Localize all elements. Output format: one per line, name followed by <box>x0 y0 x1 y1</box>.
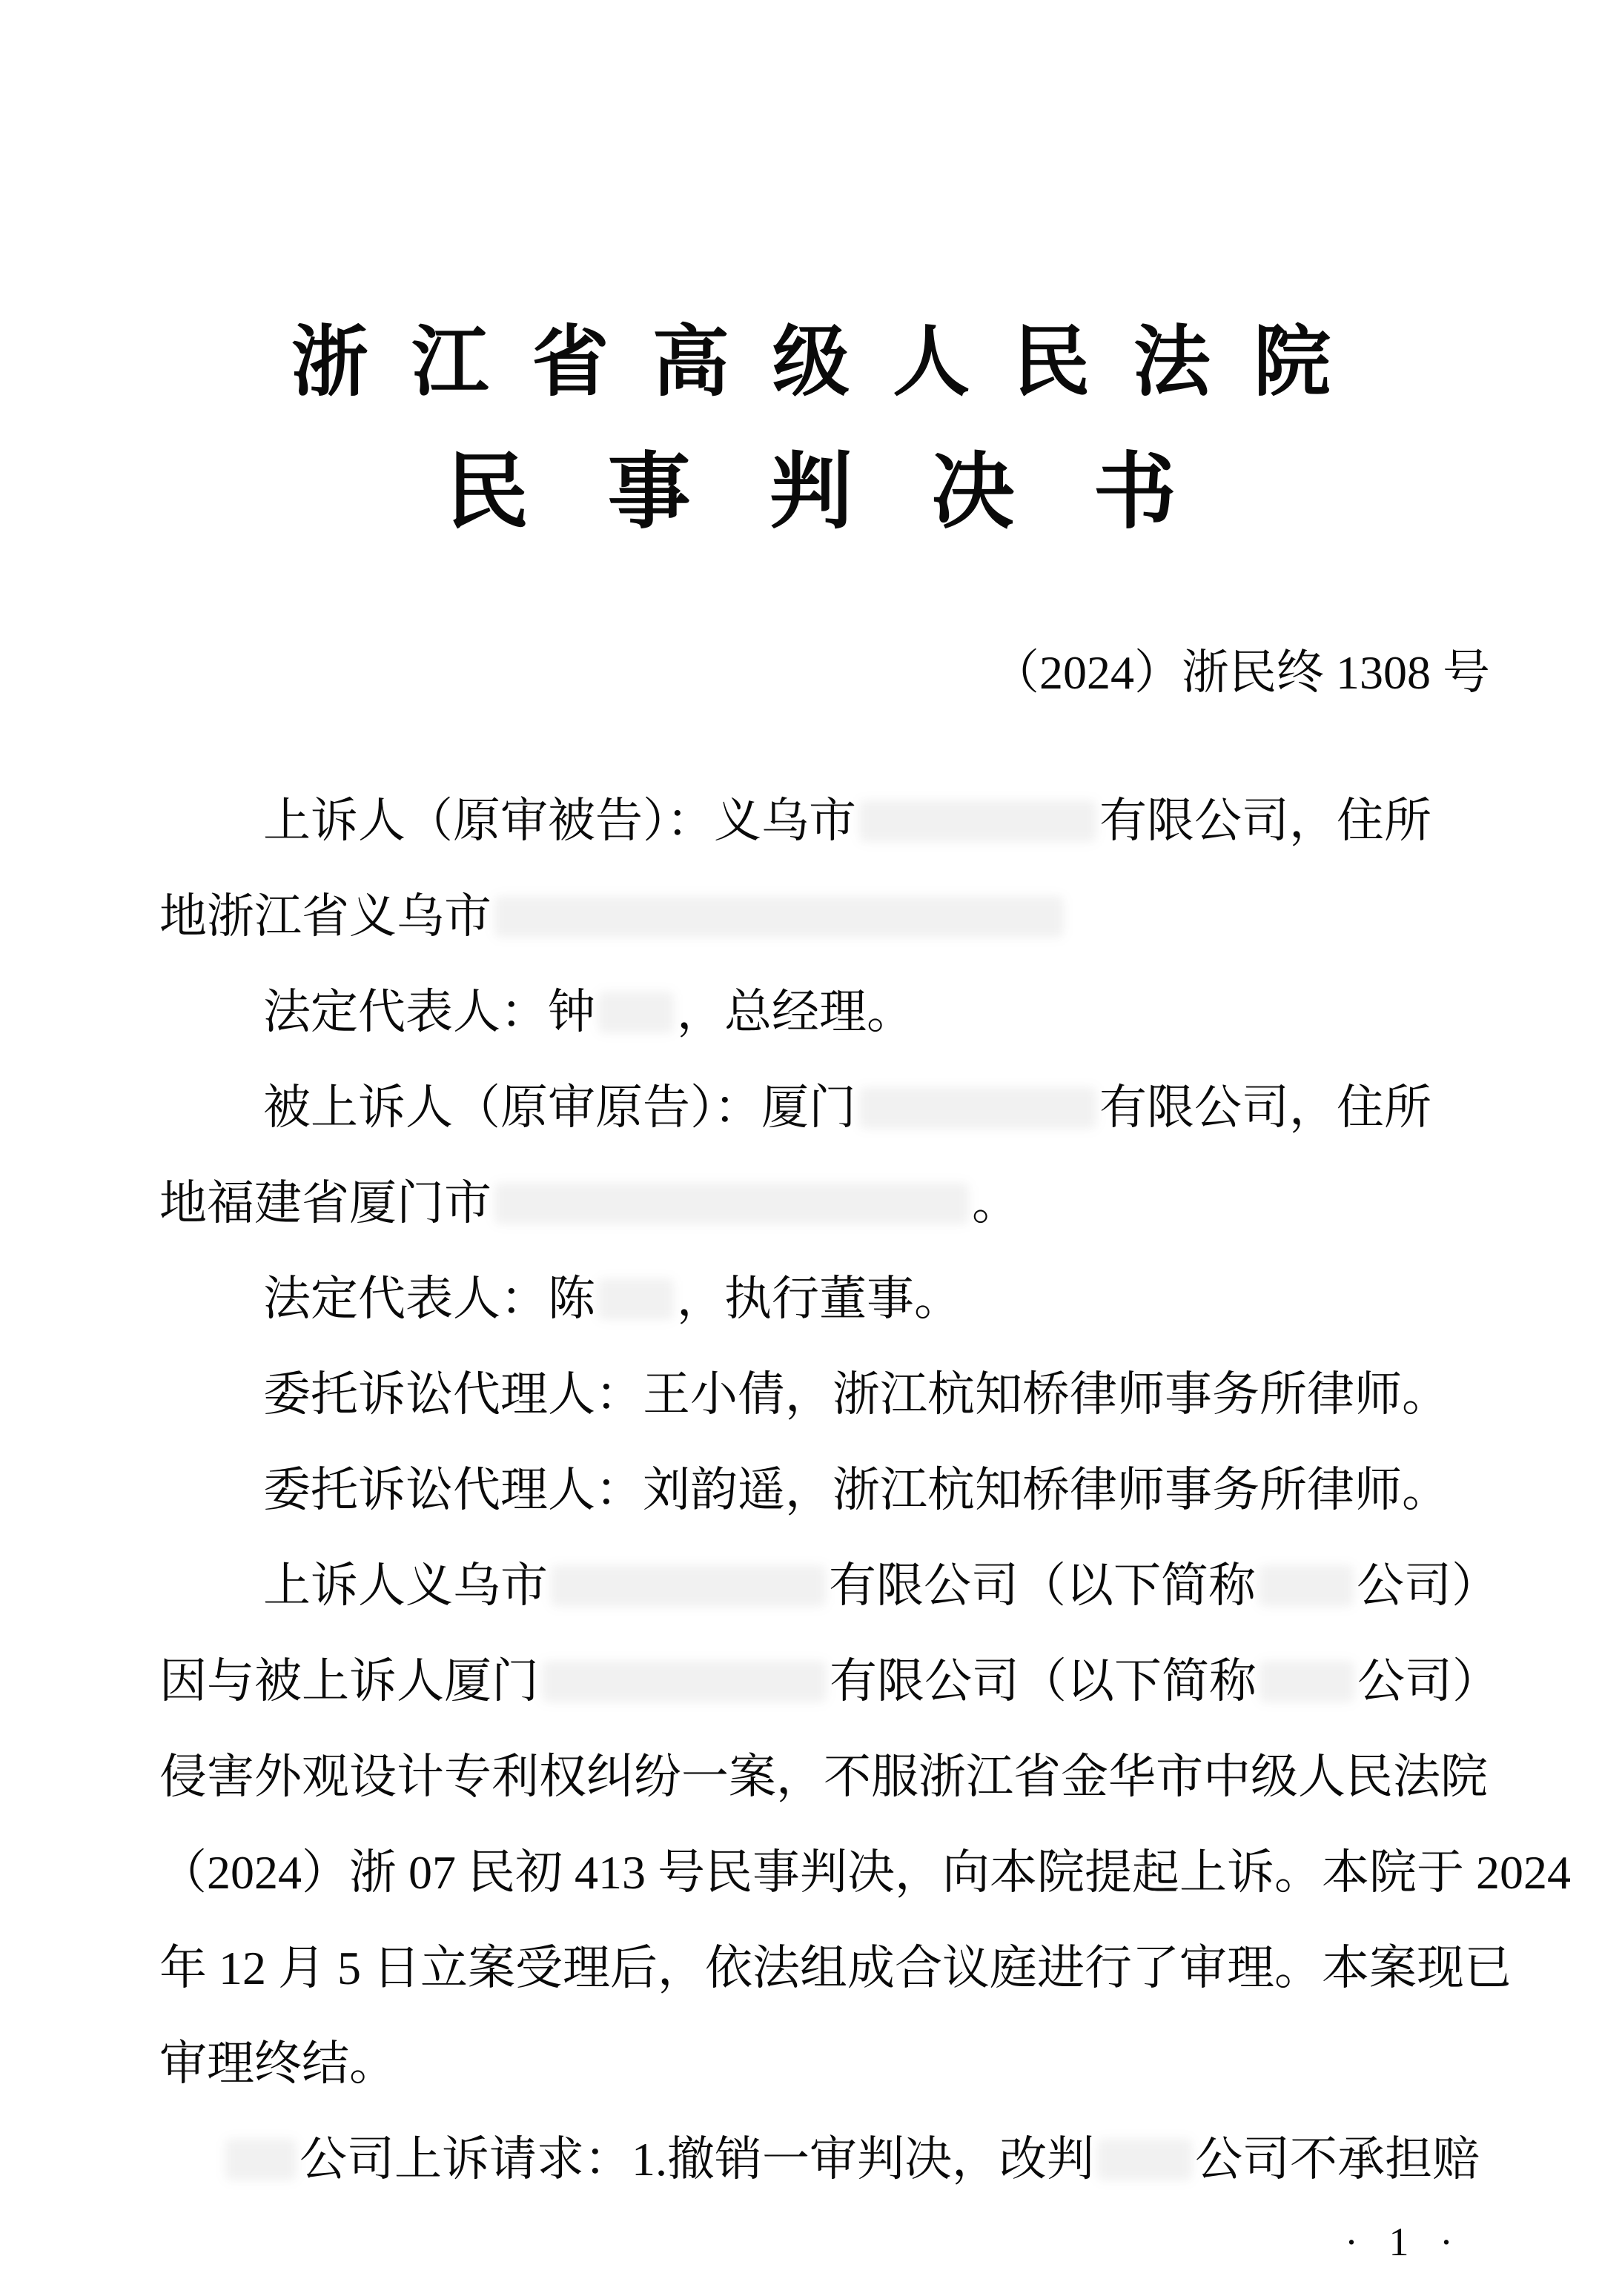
body-line: 委托诉讼代理人：王小倩，浙江杭知桥律师事务所律师。 <box>159 1347 1501 1442</box>
body-line: 被上诉人（原审原告）：厦门有限公司，住所 <box>159 1060 1501 1155</box>
body-text-segment: 有限公司，住所 <box>1099 1081 1431 1134</box>
body-text-segment: 因与被上诉人厦门 <box>159 1655 539 1708</box>
body-text-segment: 上诉人（原审被告）：义乌市 <box>263 794 856 847</box>
body-line: 因与被上诉人厦门有限公司（以下简称公司） <box>159 1633 1501 1729</box>
body-line: 上诉人（原审被告）：义乌市有限公司，住所 <box>159 773 1501 869</box>
body-text-segment: 被上诉人（原审原告）：厦门 <box>263 1081 856 1134</box>
body-line: 法定代表人：陈，执行董事。 <box>159 1251 1501 1347</box>
redacted-text <box>494 896 1064 938</box>
body-text-segment: 委托诉讼代理人：王小倩，浙江杭知桥律师事务所律师。 <box>263 1368 1449 1421</box>
body-line: 审理终结。 <box>159 2016 1501 2111</box>
body-text-segment: 地福建省厦门市 <box>159 1177 491 1230</box>
redacted-text <box>542 1661 827 1702</box>
body-text-segment: （2024）浙 07 民初 413 号民事判决，向本院提起上诉。本院于 2024 <box>159 1846 1571 1899</box>
redacted-text <box>1259 1661 1354 1702</box>
redacted-text <box>494 1183 969 1224</box>
body-text-segment: 公司不承担赔 <box>1195 2133 1480 2186</box>
body-text-segment: ，总经理。 <box>677 986 914 1038</box>
body-text-segment: 有限公司（以下简称 <box>829 1559 1256 1612</box>
redacted-text <box>598 1278 674 1320</box>
body-line: 上诉人义乌市有限公司（以下简称公司） <box>159 1538 1501 1633</box>
body-line: 侵害外观设计专利权纠纷一案，不服浙江省金华市中级人民法院 <box>159 1729 1501 1825</box>
judgment-page: 浙江省高级人民法院 民事判决书 （2024）浙民终 1308 号 上诉人（原审被… <box>0 0 1622 2296</box>
body-line: 地浙江省义乌市 <box>159 869 1501 964</box>
redacted-text <box>598 992 674 1033</box>
redacted-text <box>1259 1565 1354 1607</box>
body-text-segment: ，执行董事。 <box>677 1273 961 1325</box>
body-line: 法定代表人：钟，总经理。 <box>159 964 1501 1060</box>
court-name-title: 浙江省高级人民法院 <box>0 299 1622 411</box>
body-text-segment: 公司） <box>1357 1559 1499 1612</box>
body-text-segment: 法定代表人：钟 <box>263 986 595 1038</box>
page-number: · 1 · <box>1345 2219 1463 2265</box>
body-line: 年 12 月 5 日立案受理后，依法组成合议庭进行了审理。本案现已 <box>159 1920 1501 2016</box>
body-text-segment: 公司上诉请求：1.撤销一审判决，改判 <box>299 2133 1094 2186</box>
redacted-text <box>225 2139 297 2180</box>
redacted-text <box>551 1565 826 1607</box>
body-text-segment: 侵害外观设计专利权纠纷一案，不服浙江省金华市中级人民法院 <box>159 1751 1488 1803</box>
body-line: 委托诉讼代理人：刘韵遥，浙江杭知桥律师事务所律师。 <box>159 1442 1501 1538</box>
redacted-text <box>859 800 1096 842</box>
body-line: 地福建省厦门市。 <box>159 1155 1501 1251</box>
body-text-segment: 年 12 月 5 日立案受理后，依法组成合议庭进行了审理。本案现已 <box>159 1942 1512 1994</box>
body-text-segment: 有限公司（以下简称 <box>830 1655 1257 1708</box>
body-text-segment: 委托诉讼代理人：刘韵遥，浙江杭知桥律师事务所律师。 <box>263 1464 1449 1516</box>
redacted-text <box>859 1087 1096 1129</box>
body-text: 上诉人（原审被告）：义乌市有限公司，住所地浙江省义乌市法定代表人：钟，总经理。被… <box>159 773 1501 2207</box>
redacted-text <box>1097 2139 1192 2180</box>
body-text-segment: 有限公司，住所 <box>1099 794 1431 847</box>
case-number: （2024）浙民终 1308 号 <box>992 643 1490 703</box>
body-text-segment: 地浙江省义乌市 <box>159 890 491 943</box>
body-line: （2024）浙 07 民初 413 号民事判决，向本院提起上诉。本院于 2024 <box>159 1825 1501 1920</box>
body-text-segment: 公司） <box>1357 1655 1500 1708</box>
body-text-segment: 。 <box>972 1177 1019 1230</box>
body-line: 公司上诉请求：1.撤销一审判决，改判公司不承担赔 <box>159 2111 1501 2207</box>
body-text-segment: 法定代表人：陈 <box>263 1273 595 1325</box>
document-type-title: 民事判决书 <box>0 425 1622 545</box>
body-text-segment: 上诉人义乌市 <box>263 1559 548 1612</box>
body-text-segment: 审理终结。 <box>159 2037 397 2090</box>
